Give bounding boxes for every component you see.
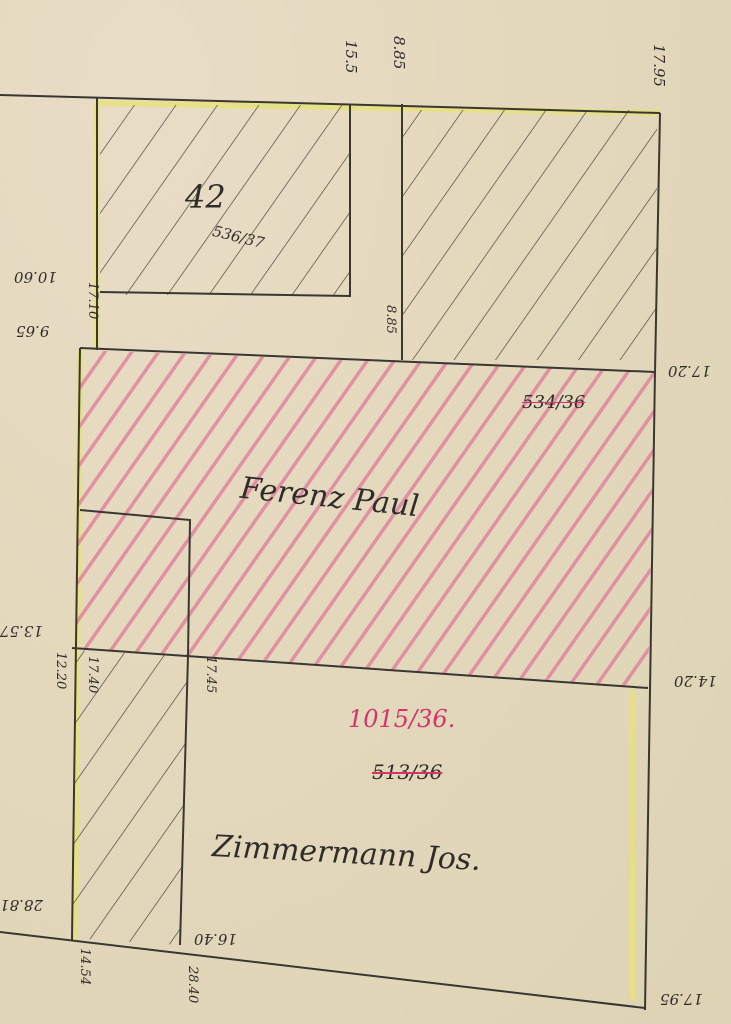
- parcel-top-right-hatch: [402, 110, 657, 360]
- map-paper: 15.5 8.85 17.95 42 536/37 10.60 17.10 9.…: [0, 0, 731, 1024]
- parcel-strip-hatch: [72, 650, 188, 945]
- measure-bottom-1: 16.40: [194, 930, 237, 948]
- parcel-42-number: 42: [185, 178, 226, 216]
- measure-top-3: 17.95: [650, 44, 668, 87]
- measure-left-mid-1: 13.57: [0, 622, 43, 640]
- measure-inner-1: 17.10: [85, 282, 100, 319]
- parcel-ferenz-number: 534/36: [522, 392, 585, 413]
- measure-left-low: 28.81: [0, 896, 43, 914]
- measure-bottom-3: 28.40: [185, 966, 200, 1003]
- measure-mid-2: 17.45: [203, 656, 218, 693]
- measure-mid-1: 17.40: [85, 656, 100, 693]
- measure-left-3: 9.65: [16, 322, 49, 340]
- measure-right-2: 14.20: [674, 672, 717, 690]
- measure-bottom-2: 14.54: [77, 948, 92, 985]
- measure-bottom-right: 17.95: [660, 990, 703, 1008]
- parcel-zimmermann-new-number: 1015/36.: [348, 705, 455, 733]
- measure-top-1: 15.5: [342, 40, 360, 73]
- measure-top-2: 8.85: [390, 36, 408, 69]
- measure-left-mid-2: 12.20: [53, 652, 68, 689]
- measure-right-1: 17.20: [668, 362, 711, 380]
- measure-left-1: 10.60: [14, 268, 57, 286]
- parcel-zimmermann-old-number: 513/36: [372, 760, 442, 784]
- measure-inner-2: 8.85: [383, 305, 398, 334]
